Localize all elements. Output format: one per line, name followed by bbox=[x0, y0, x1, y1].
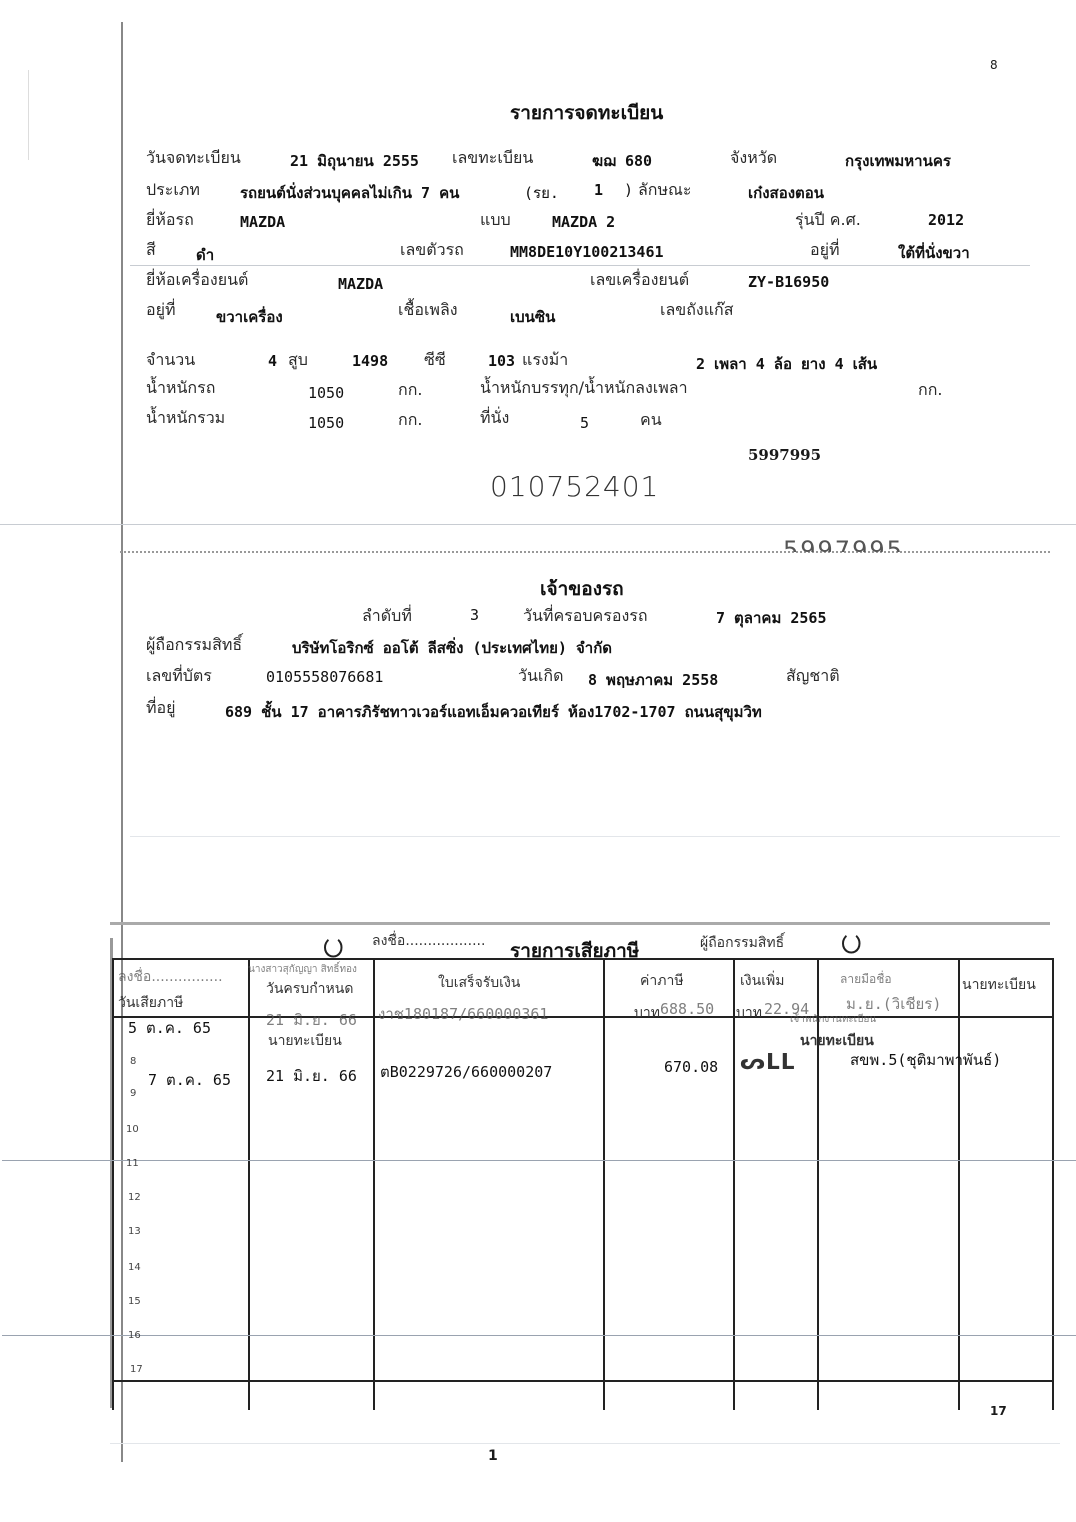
engine-number-label: เลขเครื่องยนต์ bbox=[590, 268, 689, 293]
left-edge-line bbox=[28, 70, 29, 160]
plate-value: ฆฌ 680 bbox=[592, 149, 652, 173]
bottom-page-mark: 1 bbox=[488, 1448, 498, 1464]
row2-tax: 670.08 bbox=[664, 1058, 718, 1076]
scan-line bbox=[2, 1160, 1076, 1161]
holder-sign-label: ผู้ถือกรรมสิทธิ์ bbox=[700, 932, 784, 954]
axles-wheels-value: 2 เพลา 4 ล้อ ยาง 4 เส้น bbox=[696, 352, 877, 376]
id-label: เลขที่บัตร bbox=[146, 664, 212, 689]
row2-receipt: ตB0229726/660000207 bbox=[380, 1060, 552, 1084]
chassis-value: MM8DE10Y100213461 bbox=[510, 243, 664, 261]
model-value: MAZDA 2 bbox=[552, 213, 615, 231]
header-sign-overlay: ลงชื่อ................ bbox=[118, 966, 223, 988]
type-value: รถยนต์นั่งส่วนบุคคลไม่เกิน 7 คน bbox=[240, 181, 459, 205]
header-signature: ลายมือชื่อ bbox=[840, 970, 892, 989]
year-label: รุ่นปี ค.ศ. bbox=[795, 208, 861, 233]
row-number: 14 bbox=[128, 1262, 141, 1273]
hp-value: 103 bbox=[488, 352, 515, 370]
row2-paid: 7 ต.ค. 65 bbox=[148, 1068, 231, 1092]
load-unit: กก. bbox=[918, 378, 942, 403]
gas-tank-label: เลขถังแก๊ส bbox=[660, 298, 733, 323]
engine-location-value: ขวาเครื่อง bbox=[216, 305, 283, 329]
model-label: แบบ bbox=[480, 208, 511, 233]
header-ghost-name: นางสาวสุกัญญา สิทธิ์ทอง bbox=[248, 962, 357, 977]
engine-brand-value: MAZDA bbox=[338, 275, 383, 293]
row-number: 17 bbox=[130, 1364, 143, 1375]
perforation-line bbox=[120, 551, 1050, 553]
sign-line-1: ลงชื่อ.................. bbox=[372, 930, 485, 952]
corner-page-mark: 8 bbox=[990, 58, 998, 72]
fuel-value: เบนซิน bbox=[510, 305, 555, 329]
seats-unit: คน bbox=[640, 408, 662, 433]
tax-sheet-top-edge bbox=[110, 922, 1050, 925]
col-divider bbox=[817, 960, 819, 1410]
chassis-location-label: อยู่ที่ bbox=[810, 238, 840, 263]
tax-table bbox=[112, 958, 1054, 1410]
owner-title: เจ้าของรถ bbox=[540, 574, 624, 604]
row1-paid: 5 ต.ค. 65 bbox=[128, 1016, 211, 1040]
hp-unit: แรงม้า bbox=[522, 348, 568, 373]
holder-label: ผู้ถือกรรมสิทธิ์ bbox=[146, 633, 242, 658]
reg-date-value: 21 มิถุนายน 2555 bbox=[290, 149, 419, 173]
row-number: 13 bbox=[128, 1226, 141, 1237]
type-code-close: ) bbox=[624, 181, 633, 199]
plate-label: เลขทะเบียน bbox=[452, 146, 533, 171]
birth-value: 8 พฤษภาคม 2558 bbox=[588, 668, 718, 692]
row-number: 16 bbox=[128, 1330, 141, 1341]
reg-date-label: วันจดทะเบียน bbox=[146, 146, 241, 171]
scan-line bbox=[130, 836, 1060, 837]
chassis-location-value: ใต้ที่นั่งขวา bbox=[898, 241, 970, 265]
header-paid-date: วันเสียภาษี bbox=[118, 992, 183, 1014]
body-label: ลักษณะ bbox=[638, 178, 691, 203]
weight-label: น้ำหนักรถ bbox=[146, 376, 215, 401]
row2-due: 21 มิ.ย. 66 bbox=[266, 1064, 357, 1088]
address-label: ที่อยู่ bbox=[146, 696, 176, 721]
possession-date-value: 7 ตุลาคม 2565 bbox=[716, 606, 827, 630]
row2-extra-signature: ᔕᒪᒪ bbox=[740, 1050, 796, 1075]
row1-receipt: งาช180187/660000361 bbox=[378, 1002, 548, 1026]
weight-value: 1050 bbox=[308, 384, 344, 402]
body-value: เก๋งสองตอน bbox=[748, 181, 824, 205]
year-value: 2012 bbox=[928, 211, 964, 229]
registration-title: รายการจดทะเบียน bbox=[510, 98, 663, 128]
col-divider bbox=[733, 960, 735, 1410]
col-divider bbox=[248, 960, 250, 1410]
cylinders-value: 4 bbox=[268, 352, 277, 370]
row-number: 8 bbox=[130, 1056, 136, 1067]
sequence-label: ลำดับที่ bbox=[362, 604, 412, 629]
load-label: น้ำหนักบรรทุก/น้ำหนักลงเพลา bbox=[480, 376, 688, 401]
province-value: กรุงเทพมหานคร bbox=[845, 149, 951, 173]
birth-label: วันเกิด bbox=[518, 664, 563, 689]
perforation-number: 5997995 bbox=[783, 536, 904, 552]
seats-value: 5 bbox=[580, 414, 589, 432]
header-divider bbox=[114, 1016, 1052, 1018]
header-extra-unit: บาท bbox=[736, 1002, 762, 1024]
engine-number-value: ZY-B16950 bbox=[748, 273, 829, 291]
row1-tax: 688.50 bbox=[660, 1000, 714, 1018]
weight-unit: กก. bbox=[398, 378, 422, 403]
row1-extra: 22.94 bbox=[764, 1000, 809, 1018]
row2-signer: สขพ.5(ชุติมาพาพันธ์) bbox=[850, 1048, 1001, 1072]
cc-value: 1498 bbox=[352, 352, 388, 370]
fuel-label: เชื้อเพลิง bbox=[398, 298, 458, 323]
brand-value: MAZDA bbox=[240, 213, 285, 231]
header-tax-unit: บาท bbox=[634, 1002, 660, 1024]
count-label: จำนวน bbox=[146, 348, 195, 373]
cylinders-unit: สูบ bbox=[288, 348, 308, 373]
col-divider bbox=[373, 960, 375, 1410]
engine-brand-label: ยี่ห้อเครื่องยนต์ bbox=[146, 268, 248, 293]
row-number: 15 bbox=[128, 1296, 141, 1307]
type-code-value: 1 bbox=[594, 181, 603, 199]
gross-weight-value: 1050 bbox=[308, 414, 344, 432]
col-divider bbox=[603, 960, 605, 1410]
handwritten-number: 010752401 bbox=[490, 470, 659, 503]
cc-unit: ซีซี bbox=[424, 348, 446, 373]
possession-date-label: วันที่ครอบครองรถ bbox=[523, 604, 648, 629]
table-bottom bbox=[114, 1380, 1052, 1382]
province-label: จังหวัด bbox=[730, 146, 777, 171]
color-label: สี bbox=[146, 238, 156, 263]
scan-line bbox=[110, 1443, 1060, 1444]
document-number: 5997995 bbox=[748, 446, 821, 464]
sequence-value: 3 bbox=[470, 606, 479, 624]
scan-line bbox=[2, 1335, 1076, 1336]
ghost-stamp-label: นายทะเบียน bbox=[268, 1030, 342, 1052]
header-due-date: วันครบกำหนด bbox=[266, 978, 353, 1000]
engine-location-label: อยู่ที่ bbox=[146, 298, 176, 323]
row1-signer: ม.ย.(วิเชียร) bbox=[846, 992, 941, 1016]
color-value: ดำ bbox=[196, 243, 214, 267]
type-code-label: (รย. bbox=[524, 181, 559, 205]
row-number: 10 bbox=[126, 1124, 139, 1135]
seats-label: ที่นั่ง bbox=[480, 406, 509, 431]
header-extra: เงินเพิ่ม bbox=[740, 970, 784, 992]
row1-due: 21 มิ.ย. 66 bbox=[266, 1008, 357, 1032]
gross-weight-label: น้ำหนักรวม bbox=[146, 406, 225, 431]
id-value: 0105558076681 bbox=[266, 668, 383, 686]
header-tax: ค่าภาษี bbox=[640, 970, 684, 992]
nationality-label: สัญชาติ bbox=[786, 664, 840, 689]
address-value: 689 ชั้น 17 อาคารภิรัชทาวเวอร์แอทเอ็มควอ… bbox=[225, 700, 762, 724]
chassis-label: เลขตัวรถ bbox=[400, 238, 464, 263]
scan-line bbox=[130, 265, 1030, 266]
type-label: ประเภท bbox=[146, 178, 200, 203]
col-divider bbox=[958, 960, 960, 1410]
scan-line bbox=[0, 524, 1076, 525]
row-number: 11 bbox=[126, 1158, 139, 1169]
row-number: 9 bbox=[130, 1088, 136, 1099]
row-number: 12 bbox=[128, 1192, 141, 1203]
gross-weight-unit: กก. bbox=[398, 408, 422, 433]
brand-label: ยี่ห้อรถ bbox=[146, 208, 194, 233]
holder-value: บริษัทโอริกซ์ ออโต้ ลีสซิ่ง (ประเทศไทย) … bbox=[292, 636, 612, 660]
bottom-right-number: 17 bbox=[990, 1404, 1007, 1418]
header-receipt: ใบเสร็จรับเงิน bbox=[438, 972, 520, 994]
header-registrar: นายทะเบียน bbox=[962, 974, 1036, 996]
